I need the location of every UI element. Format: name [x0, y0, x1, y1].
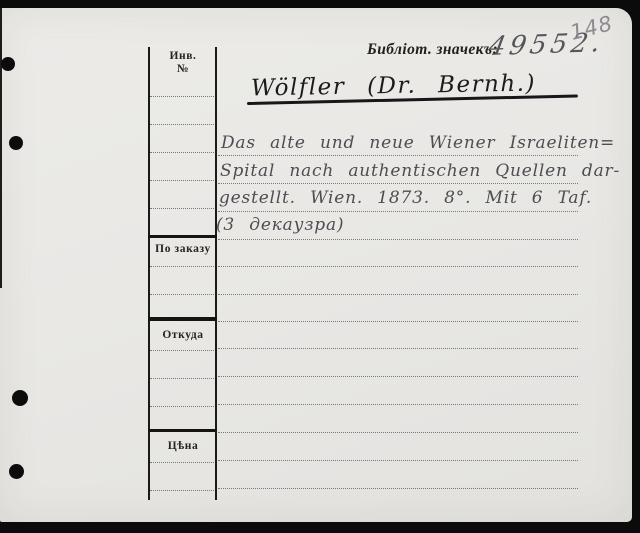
punch-hole-icon [1, 57, 15, 71]
ruled-dotted-line [218, 432, 578, 433]
column-separator [148, 429, 217, 432]
punch-hole-icon [12, 390, 28, 406]
inventory-label-line2: № [150, 63, 216, 76]
library-mark-label: Библіот. значекъ: [367, 41, 498, 59]
from-where-label: Откуда [150, 329, 216, 342]
ruled-dotted-line [150, 406, 214, 407]
ruled-dotted-line [150, 266, 214, 267]
ruled-dotted-line [218, 211, 578, 212]
column-separator [148, 317, 217, 321]
body-line: Spital nach authentischen Quellen dar- [220, 161, 620, 181]
ruled-dotted-line [150, 462, 214, 463]
ruled-dotted-line [218, 183, 578, 184]
ruled-dotted-line [150, 294, 214, 295]
ruled-dotted-line [150, 152, 214, 153]
body-line: gestellt. Wien. 1873. 8°. Mit 6 Taf. [219, 188, 592, 208]
punch-hole-icon [9, 136, 23, 150]
ruled-dotted-line [150, 490, 214, 491]
ruled-dotted-line [218, 348, 578, 349]
ruled-dotted-line [218, 376, 578, 377]
ruled-dotted-line [218, 321, 578, 322]
ruled-dotted-line [218, 460, 578, 461]
column-right-rule [215, 47, 217, 500]
ruled-dotted-line [218, 239, 578, 240]
punch-hole-icon [9, 464, 24, 479]
ruled-dotted-line [218, 294, 578, 295]
ruled-dotted-line [218, 488, 578, 489]
ruled-dotted-line [150, 124, 214, 125]
scanned-catalog-card-page: Инв. № По заказу Откуда Цѣна Библіот. зн… [0, 0, 640, 533]
ruled-dotted-line [218, 155, 578, 156]
column-left-rule [148, 47, 150, 500]
body-line: (3 декаузра) [216, 215, 344, 235]
ruled-dotted-line [150, 378, 214, 379]
ruled-dotted-line [218, 404, 578, 405]
ruled-dotted-line [150, 350, 214, 351]
body-line: Das alte und neue Wiener Israeliten= [221, 133, 615, 153]
ruled-dotted-line [218, 266, 578, 267]
inventory-label-line1: Инв. [150, 50, 216, 63]
scan-edge-line [0, 8, 2, 288]
ruled-dotted-line [150, 96, 214, 97]
ruled-dotted-line [150, 180, 214, 181]
on-order-label: По заказу [148, 243, 218, 256]
price-label: Цѣна [150, 440, 216, 453]
column-separator [148, 235, 217, 238]
ruled-dotted-line [150, 208, 214, 209]
inventory-number-label: Инв. № [150, 50, 216, 76]
